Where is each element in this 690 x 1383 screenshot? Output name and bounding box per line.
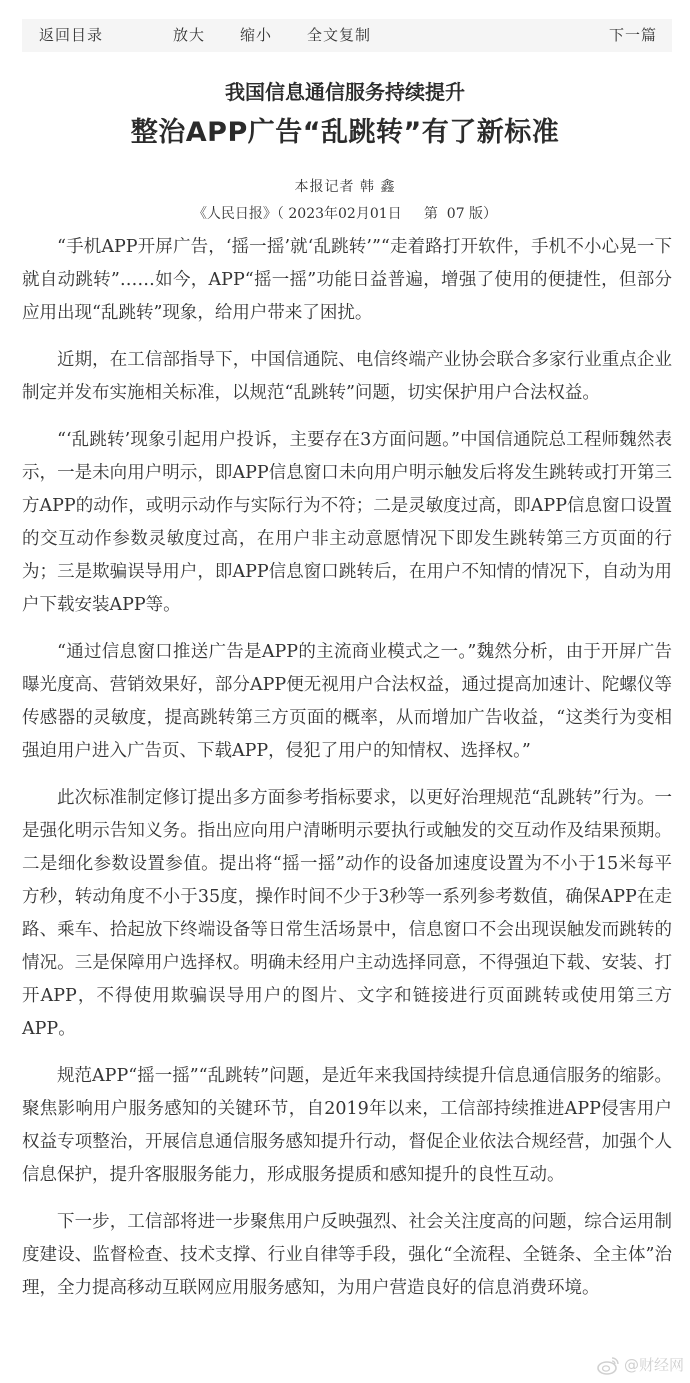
article-byline: 本报记者 韩 鑫	[0, 177, 690, 197]
article-title: 整治APP广告“乱跳转”有了新标准	[0, 113, 690, 153]
zoom-out-button[interactable]: 缩小	[240, 19, 272, 52]
article-source: 《人民日报》（ 2023年02月01日 第 07 版）	[0, 204, 690, 224]
next-article-button[interactable]: 下一篇	[609, 19, 657, 52]
watermark-text: @财经网	[624, 1354, 684, 1375]
copy-full-text-button[interactable]: 全文复制	[307, 19, 371, 52]
article-paragraph: 下一步，工信部将进一步聚焦用户反映强烈、社会关注度高的问题，综合运用制度建设、监…	[22, 1206, 672, 1305]
article-subtitle: 我国信息通信服务持续提升	[0, 78, 690, 106]
article-paragraph: 近期，在工信部指导下，中国信通院、电信终端产业协会联合多家行业重点企业制定并发布…	[22, 344, 672, 410]
article-paragraph: 规范APP“摇一摇”“乱跳转”问题，是近年来我国持续提升信息通信服务的缩影。聚焦…	[22, 1060, 672, 1192]
watermark: @财经网	[597, 1354, 684, 1375]
article-paragraph: “‘乱跳转’现象引起用户投诉，主要存在3方面问题。”中国信通院总工程师魏然表示，…	[22, 424, 672, 622]
zoom-in-button[interactable]: 放大	[173, 19, 205, 52]
reader-toolbar: 返回目录 放大 缩小 全文复制 下一篇	[22, 19, 672, 52]
weibo-icon	[597, 1355, 621, 1375]
source-text: 《人民日报》（ 2023年02月01日 第 07 版）	[193, 206, 497, 222]
article-paragraph: 此次标准制定修订提出多方面参考指标要求，以更好治理规范“乱跳转”行为。一是强化明…	[22, 782, 672, 1046]
article-paragraph: “手机APP开屏广告，‘摇一摇’就‘乱跳转’”“走着路打开软件，手机不小心晃一下…	[22, 231, 672, 330]
article-paragraph: “通过信息窗口推送广告是APP的主流商业模式之一。”魏然分析，由于开屏广告曝光度…	[22, 636, 672, 768]
article-body: “手机APP开屏广告，‘摇一摇’就‘乱跳转’”“走着路打开软件，手机不小心晃一下…	[22, 231, 672, 1319]
back-to-contents-button[interactable]: 返回目录	[39, 19, 103, 52]
